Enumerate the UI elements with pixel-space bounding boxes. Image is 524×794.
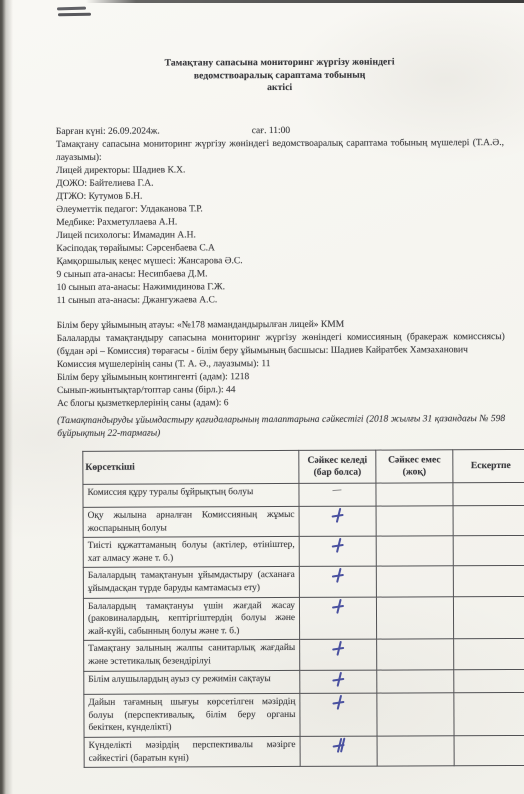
checklist-row: Балалардың тамақтануы үшін жағдай жасау … (83, 596, 524, 641)
header-match: Сәйкес келеді (бар болса) (299, 450, 376, 483)
scanned-document-page: Тамақтану сапасына мониторинг жүргізу жө… (0, 0, 524, 794)
commission-members-list: Лицей директоры: Шадиев К.Х. ДОЖО: Байте… (56, 163, 505, 308)
commission-intro: Тамақтану сапасына мониторинг жүргізу жө… (56, 137, 504, 165)
note-cell (453, 482, 524, 506)
mismatch-cell (376, 506, 453, 537)
mismatch-cell (376, 536, 453, 567)
checklist-row: Дайын тағамның шығуы көрсетілген мәзірді… (84, 693, 524, 738)
mismatch-cell (376, 482, 453, 506)
handwritten-check-icon (330, 484, 345, 499)
document-title: Тамақтану сапасына мониторинг жүргізу жө… (56, 56, 504, 95)
org-chairman-paragraph: Балаларды тамақтандыру сапасына монитори… (57, 331, 505, 359)
mismatch-cell (376, 596, 453, 639)
handwritten-check-icon (331, 671, 346, 686)
note-cell (453, 536, 524, 567)
indicator-cell: Тамақтану залының жалпы санитарлық жағда… (84, 640, 300, 671)
note-cell (454, 639, 524, 670)
checklist-row: Оқу жылына арналған Комиссияның жұмыс жо… (83, 506, 524, 538)
title-line-3: актісі (56, 81, 504, 95)
visit-date: Барған күні: 26.09.2024ж. (56, 126, 160, 136)
handwritten-check-icon (330, 598, 345, 613)
indicator-cell: Дайын тағамның шығуы көрсетілген мәзірді… (84, 694, 300, 738)
match-cell (300, 670, 377, 694)
mismatch-cell (377, 639, 454, 670)
checklist-row: Комиссия құру туралы бұйрықтың болуы (83, 482, 524, 508)
note-cell (454, 693, 524, 736)
document-content: Тамақтану сапасына мониторинг жүргізу жө… (55, 0, 506, 768)
scan-shadow-left (0, 0, 13, 794)
mismatch-cell (376, 566, 453, 597)
handwritten-check-icon (331, 738, 346, 753)
indicator-cell: Оқу жылына арналған Комиссияның жұмыс жо… (83, 507, 299, 538)
checklist-row: Білім алушылардың ауыз су режимін сақтау… (84, 669, 524, 695)
header-note: Ескертпе (453, 449, 524, 482)
handwritten-check-icon (330, 568, 345, 583)
indicator-cell: Күнделікті мәзірдің перспективалы мәзірг… (84, 736, 300, 767)
match-cell (299, 567, 376, 598)
header-mismatch: Сәйкес емес (жоқ) (376, 449, 453, 482)
visit-time: сағ. 11:00 (252, 125, 291, 135)
regulation-note: (Тамақтандыруды ұйымдастыру қағидаларыны… (57, 413, 505, 441)
mismatch-cell (377, 736, 454, 767)
checklist-table: Көрсеткіші Сәйкес келеді (бар болса) Сәй… (82, 448, 524, 768)
indicator-cell: Комиссия құру туралы бұйрықтың болуы (83, 483, 299, 508)
org-stat-line: Ас блогы қызметкерлерінің саны (адам): 6 (57, 396, 505, 411)
match-cell (299, 506, 376, 537)
mismatch-cell (377, 669, 454, 693)
checklist-header: Көрсеткіші Сәйкес келеді (бар болса) Сәй… (83, 449, 524, 484)
handwritten-check-icon (331, 641, 346, 656)
match-cell (300, 736, 377, 767)
indicator-cell: Балалардың тамақтануын ұйымдастыру (асха… (83, 567, 299, 598)
match-cell (299, 597, 376, 640)
indicator-cell: Тиісті құжаттаманың болуы (актілер, өтін… (83, 537, 299, 568)
checklist-row: Күнделікті мәзірдің перспективалы мәзірг… (84, 735, 524, 767)
match-cell (299, 536, 376, 567)
note-cell (453, 596, 524, 639)
checklist-body: Комиссия құру туралы бұйрықтың болуы Оқу… (83, 482, 524, 768)
header-indicator: Көрсеткіші (83, 450, 299, 484)
note-cell (454, 669, 524, 693)
mismatch-cell (377, 693, 454, 736)
match-cell (300, 693, 377, 736)
handwritten-check-icon (330, 538, 345, 553)
handwritten-check-icon (331, 695, 346, 710)
indicator-cell: Білім алушылардың ауыз су режимін сақтау… (84, 670, 300, 695)
checklist-row: Тиісті құжаттаманың болуы (актілер, өтін… (83, 536, 524, 568)
note-cell (453, 566, 524, 597)
checklist-row: Балалардың тамақтануын ұйымдастыру (асха… (83, 566, 524, 598)
indicator-cell: Балалардың тамақтануы үшін жағдай жасау … (83, 597, 299, 641)
note-cell (454, 735, 524, 766)
note-cell (453, 506, 524, 537)
match-cell (299, 483, 376, 507)
handwritten-check-icon (330, 508, 345, 523)
match-cell (300, 640, 377, 671)
org-stats-list: Комиссия мүшелерінің саны (Т. А. Ә., лау… (57, 357, 505, 411)
checklist-row: Тамақтану залының жалпы санитарлық жағда… (84, 639, 524, 671)
